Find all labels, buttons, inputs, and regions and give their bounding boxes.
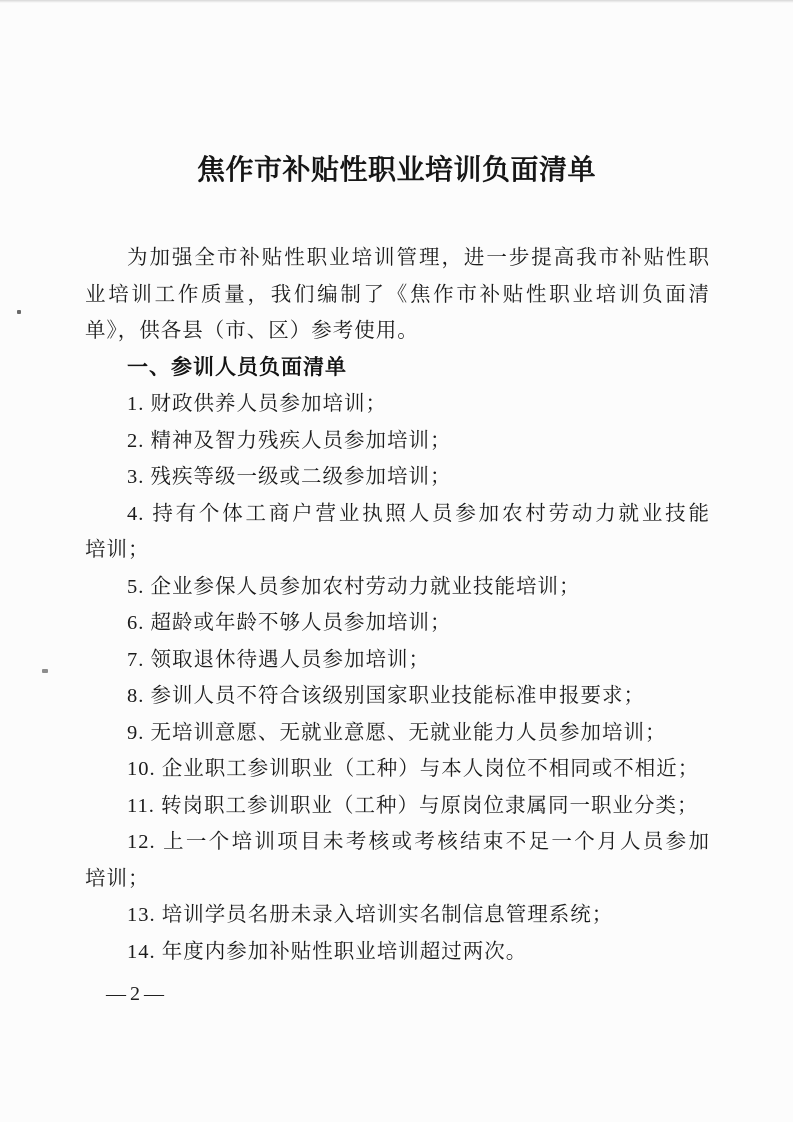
document-page: 焦作市补贴性职业培训负面清单 为加强全市补贴性职业培训管理，进一步提高我市补贴性… <box>0 0 793 1122</box>
text-line: 14. 年度内参加补贴性职业培训超过两次。 <box>85 934 710 971</box>
scan-edge-artifact <box>0 0 793 3</box>
text-line: 10. 企业职工参训职业（工种）与本人岗位不相同或不相近； <box>85 751 710 788</box>
page-number: —2— <box>106 983 168 1006</box>
text-line: 业培训工作质量，我们编制了《焦作市补贴性职业培训负面清 <box>85 277 710 314</box>
document-body: 为加强全市补贴性职业培训管理，进一步提高我市补贴性职业培训工作质量，我们编制了《… <box>85 240 710 970</box>
text-line: 13. 培训学员名册未录入培训实名制信息管理系统； <box>85 897 710 934</box>
text-line: 8. 参训人员不符合该级别国家职业技能标准申报要求； <box>85 678 710 715</box>
text-line: 7. 领取退休待遇人员参加培训； <box>85 642 710 679</box>
text-line: 培训； <box>85 532 710 569</box>
text-line: 4. 持有个体工商户营业执照人员参加农村劳动力就业技能 <box>85 496 710 533</box>
text-line: 1. 财政供养人员参加培训； <box>85 386 710 423</box>
text-line: 一、参训人员负面清单 <box>85 350 710 387</box>
document-title: 焦作市补贴性职业培训负面清单 <box>0 152 793 188</box>
scan-speck <box>42 669 48 673</box>
text-line: 5. 企业参保人员参加农村劳动力就业技能培训； <box>85 569 710 606</box>
text-line: 6. 超龄或年龄不够人员参加培训； <box>85 605 710 642</box>
scan-speck <box>17 310 21 314</box>
text-line: 12. 上一个培训项目未考核或考核结束不足一个月人员参加 <box>85 824 710 861</box>
text-line: 11. 转岗职工参训职业（工种）与原岗位隶属同一职业分类； <box>85 788 710 825</box>
text-line: 2. 精神及智力残疾人员参加培训； <box>85 423 710 460</box>
text-line: 为加强全市补贴性职业培训管理，进一步提高我市补贴性职 <box>85 240 710 277</box>
text-line: 9. 无培训意愿、无就业意愿、无就业能力人员参加培训； <box>85 715 710 752</box>
text-line: 单》，供各县（市、区）参考使用。 <box>85 313 710 350</box>
text-line: 培训； <box>85 861 710 898</box>
text-line: 3. 残疾等级一级或二级参加培训； <box>85 459 710 496</box>
